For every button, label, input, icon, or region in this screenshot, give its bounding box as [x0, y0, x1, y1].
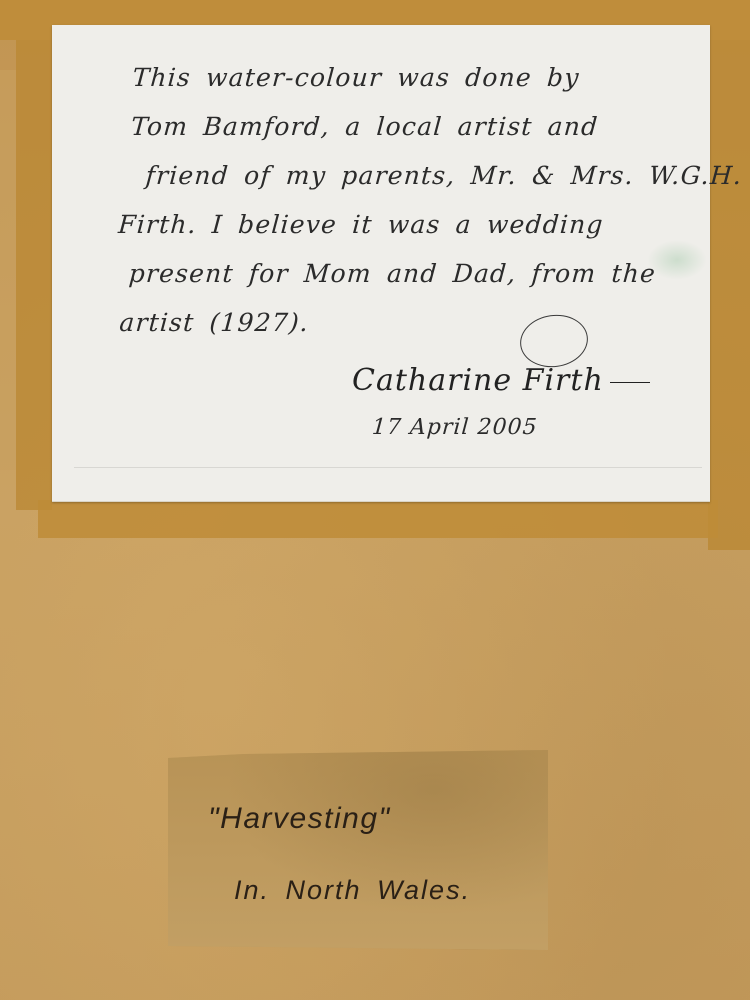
signature: Catharine Firth	[352, 363, 650, 398]
signature-name: Catharine Firth	[352, 363, 604, 398]
handwritten-note-card: This water-colour was done by Tom Bamfor…	[52, 25, 710, 502]
artwork-title: "Harvesting"	[208, 802, 391, 836]
note-line: Tom Bamford, a local artist and	[117, 102, 700, 151]
tape-strip-left	[16, 40, 52, 510]
note-line: Firth. I believe it was a wedding	[111, 200, 694, 249]
backing-board: This water-colour was done by Tom Bamfor…	[0, 0, 750, 1000]
artwork-location: In. North Wales.	[234, 875, 471, 906]
note-line: This water-colour was done by	[121, 53, 704, 102]
title-label: "Harvesting" In. North Wales.	[168, 750, 548, 950]
tape-strip-right	[708, 40, 750, 550]
note-text: This water-colour was done by Tom Bamfor…	[104, 53, 705, 347]
signature-date: 17 April 2005	[371, 415, 538, 440]
note-line: present for Mom and Dad, from the	[107, 249, 690, 298]
signature-block: Catharine Firth 17 April 2005	[352, 315, 682, 455]
signature-dash	[610, 382, 650, 383]
tape-strip-bottom	[38, 500, 718, 538]
note-line: friend of my parents, Mr. & Mrs. W.G.H.	[114, 151, 697, 200]
